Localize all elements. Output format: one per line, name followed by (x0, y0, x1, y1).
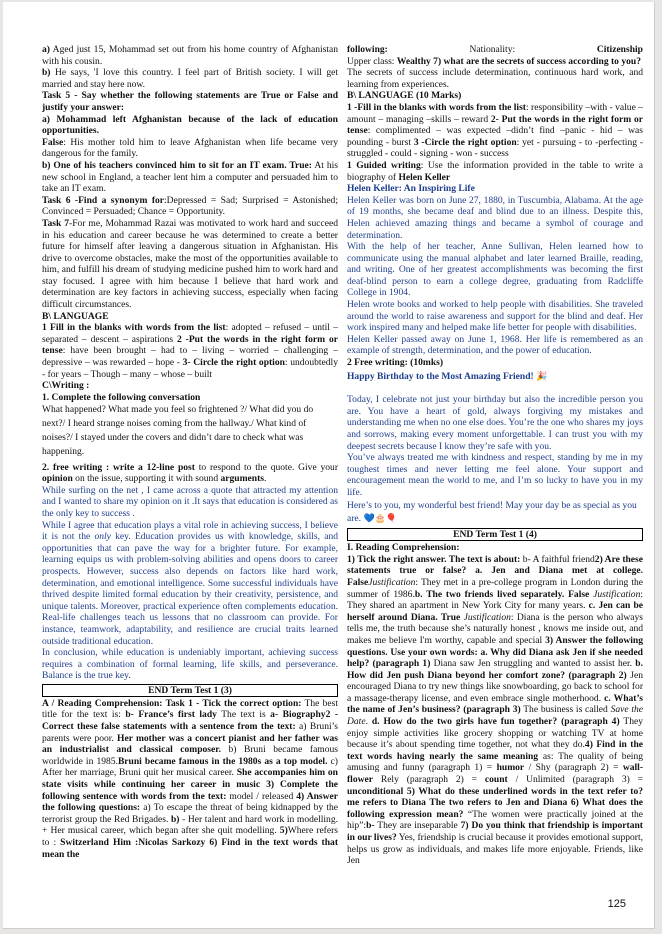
task5-a-statement: a) Mohammad left Afghanistan because of … (42, 114, 338, 137)
biography-title: Helen Keller: An Inspiring Life (347, 183, 643, 195)
right-column: following:Nationality:Citizenship Upper … (347, 44, 643, 867)
free-writing-label: 2 Free writing: (10mks) (347, 357, 643, 369)
language-answers: 1 Fill in the blanks with words from the… (42, 322, 338, 380)
task6: Task 6 -Find a synonym for:Depressed = S… (42, 195, 338, 218)
test4-answers: 1) Tick the right answer. The text is ab… (347, 554, 643, 867)
test3-title-box: END Term Test 1 (3) (42, 684, 338, 697)
language-answers-right: 1 -Fill in the blanks with words from th… (347, 102, 643, 160)
biography-paragraph-4: Helen Keller passed away on June 1, 1968… (347, 334, 643, 357)
biography-paragraph-2: With the help of her teacher, Anne Sulli… (347, 241, 643, 299)
biography-paragraph-1: Helen Keller was born on June 27, 1880, … (347, 195, 643, 241)
birthday-title: Happy Birthday to the Most Amazing Frien… (347, 371, 643, 383)
language-heading: B\ LANGUAGE (42, 311, 338, 323)
birthday-paragraph-3: Here’s to you, my wonderful best friend!… (347, 499, 643, 527)
nationality-line: following:Nationality:Citizenship (347, 44, 643, 56)
answer-b: b) He says, 'I love this country. I feel… (42, 67, 338, 90)
task5-heading: Task 5 - Say whether the following state… (42, 90, 338, 113)
essay-paragraph-1: While surfing on the net , I came across… (42, 485, 338, 520)
answer-a: a) Aged just 15, Mohammad set out from h… (42, 44, 338, 67)
test4-title-box: END Term Test 1 (4) (347, 528, 643, 541)
writing-heading: C\Writing : (42, 380, 338, 392)
task5-a-answer: False: His mother told him to leave Afgh… (42, 137, 338, 160)
test4-heading: I. Reading Comprehension: (347, 542, 643, 554)
spacer (347, 382, 643, 394)
task7: Task 7-For me, Mohammad Razai was motiva… (42, 218, 338, 311)
writing1-conversation: What happened? What made you feel so fri… (42, 403, 338, 458)
writing2-prompt: 2. free writing : write a 12-line post t… (42, 462, 338, 485)
essay-paragraph-2: While I agree that education plays a vit… (42, 520, 338, 648)
test3-answers: A / Reading Comprehension: Task 1 - Tick… (42, 698, 338, 860)
biography-paragraph-3: Helen wrote books and worked to help peo… (347, 299, 643, 334)
language-heading-right: B\ LANGUAGE (10 Marks) (347, 90, 643, 102)
heart-cake-balloon-icons: 💙🎂🎈 (363, 513, 397, 523)
task5-b: b) One of his teachers convinced him to … (42, 160, 338, 195)
document-page: a) Aged just 15, Mohammad set out from h… (3, 2, 655, 929)
birthday-paragraph-1: Today, I celebrate not just your birthda… (347, 394, 643, 452)
upper-class-line: Upper class: Wealthy 7) what are the sec… (347, 56, 643, 68)
party-popper-icon: 🎉 (536, 371, 547, 381)
q7-answer: The secrets of success include determina… (347, 67, 643, 90)
page-number: 125 (608, 898, 626, 910)
guided-writing-prompt: 1 Guided writing: Use the information pr… (347, 160, 643, 183)
essay-paragraph-3: In conclusion, while education is undeni… (42, 647, 338, 682)
left-column: a) Aged just 15, Mohammad set out from h… (42, 44, 338, 860)
birthday-paragraph-2: You’ve always treated me with kindness a… (347, 452, 643, 498)
writing1-heading: 1. Complete the following conversation (42, 392, 338, 404)
